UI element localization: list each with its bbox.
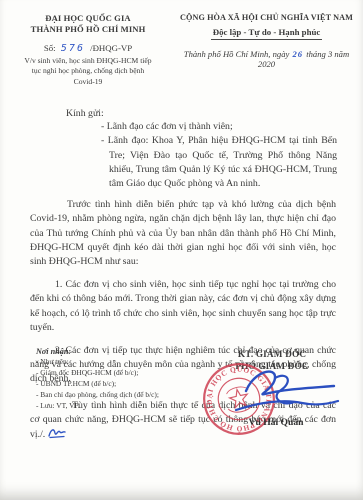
handwritten-initial-mark bbox=[47, 427, 67, 439]
document-number-line: Số: 576 /ĐHQG-VP bbox=[0, 43, 176, 54]
issuing-org-block: ĐẠI HỌC QUỐC GIA THÀNH PHỐ HỒ CHÍ MINH S… bbox=[0, 13, 176, 87]
handwritten-number: 576 bbox=[58, 43, 88, 54]
document-page: ĐẠI HỌC QUỐC GIA THÀNH PHỐ HỒ CHÍ MINH S… bbox=[0, 0, 363, 500]
noi-nhan-item: - Lưu: VT, VP. bbox=[36, 400, 196, 411]
number-label: Số: bbox=[44, 43, 56, 53]
place-date-line: Thành phố Hồ Chí Minh, ngày 26 tháng 3 n… bbox=[176, 49, 357, 69]
noi-nhan-item: - Giám đốc ĐHQG-HCM (để b/c); bbox=[36, 367, 196, 378]
noi-nhan-item: - UBND TP.HCM (để b/c); bbox=[36, 378, 196, 389]
recipient-list: - Lãnh đạo các đơn vị thành viên; - Lãnh… bbox=[101, 120, 337, 191]
number-suffix: /ĐHQG-VP bbox=[90, 43, 132, 53]
org-name-line2: THÀNH PHỐ HỒ CHÍ MINH bbox=[0, 24, 176, 35]
recipient-item: - Lãnh đạo các đơn vị thành viên; bbox=[101, 120, 337, 134]
date-prefix: Thành phố Hồ Chí Minh, ngày bbox=[184, 49, 290, 59]
org-name-line1: ĐẠI HỌC QUỐC GIA bbox=[0, 13, 176, 24]
noi-nhan-item: - Ban chỉ đạo phòng, chống dịch (để b/c)… bbox=[36, 389, 196, 400]
recipient-item: - Lãnh đạo: Khoa Y, Phân hiệu ĐHQG-HCM t… bbox=[101, 134, 337, 191]
handwritten-day: 26 bbox=[291, 49, 304, 59]
national-motto-line2: Độc lập - Tự do - Hạnh phúc bbox=[211, 27, 323, 40]
national-motto-line1: CỘNG HÒA XÃ HỘI CHỦ NGHĨA VIỆT NAM bbox=[176, 13, 357, 22]
signature-block: KT. GIÁM ĐỐC PHÓ GIÁM ĐỐC ĐẠI HỌC QUỐC G… bbox=[196, 349, 348, 373]
noi-nhan-item: - Như trên; bbox=[36, 356, 196, 367]
signer-title-line1: KT. GIÁM ĐỐC bbox=[196, 349, 348, 361]
noi-nhan-title: Nơi nhận: bbox=[36, 347, 196, 356]
handwritten-signature bbox=[230, 365, 342, 417]
signer-name: Vũ Hải Quân bbox=[216, 417, 336, 428]
paragraph-item-1: 1. Các đơn vị cho sinh viên, học sinh ti… bbox=[30, 278, 336, 335]
national-header-block: CỘNG HÒA XÃ HỘI CHỦ NGHĨA VIỆT NAM Độc l… bbox=[176, 13, 363, 87]
recipients-footer-block: Nơi nhận: - Như trên; - Giám đốc ĐHQG-HC… bbox=[36, 347, 196, 412]
salutation: Kính gửi: bbox=[66, 108, 363, 119]
document-header: ĐẠI HỌC QUỐC GIA THÀNH PHỐ HỒ CHÍ MINH S… bbox=[0, 0, 363, 87]
paragraph-intro: Trước tình hình diễn biến phức tạp và kh… bbox=[30, 198, 336, 269]
document-subject: V/v sinh viên, học sinh ĐHQG-HCM tiếp tụ… bbox=[22, 56, 154, 87]
